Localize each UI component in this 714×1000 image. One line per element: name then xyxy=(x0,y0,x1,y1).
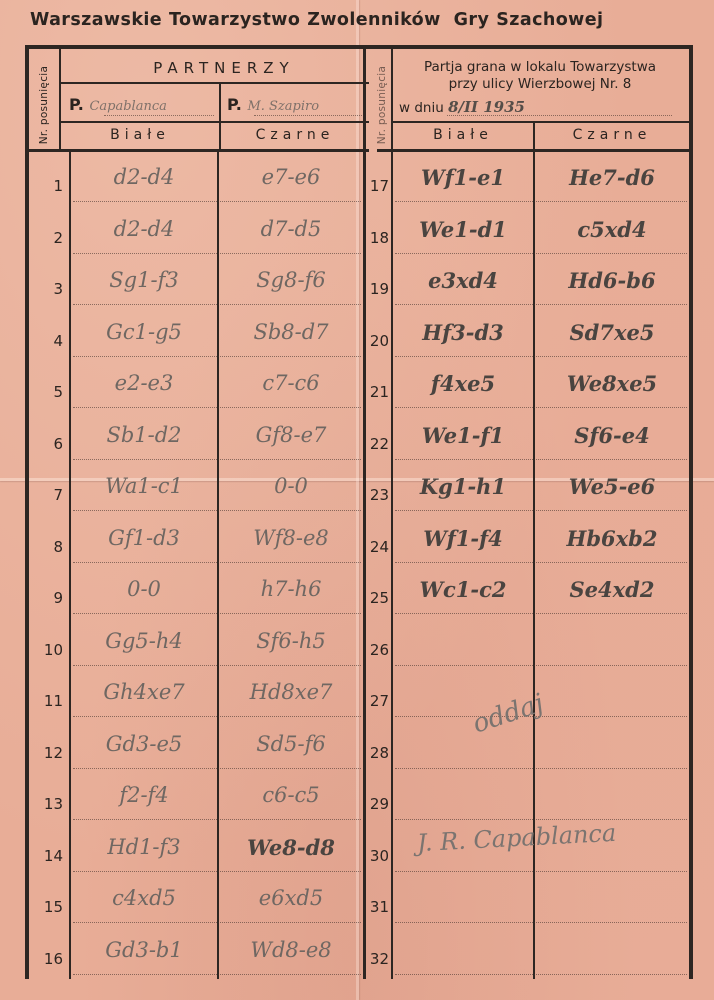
white-move: Wf1-f4 xyxy=(395,526,531,551)
move-number: 10 xyxy=(41,641,63,659)
move-number: 30 xyxy=(367,847,389,865)
black-move: Hd6-b6 xyxy=(537,268,687,293)
white-move: Gd3-b1 xyxy=(73,938,215,962)
white-move: Gc1-g5 xyxy=(73,320,215,344)
title-word: Zwolenników xyxy=(307,10,440,30)
black-column-header: Czarne xyxy=(221,127,369,143)
white-move: Sg1-f3 xyxy=(73,268,215,292)
divider xyxy=(59,82,369,84)
black-move: Se4xd2 xyxy=(537,577,687,602)
date-value: 8/II 1935 xyxy=(448,98,525,116)
white-move: e3xd4 xyxy=(395,268,531,293)
white-move: 0-0 xyxy=(73,577,215,601)
column-divider xyxy=(217,152,219,979)
divider xyxy=(29,149,369,152)
title-word: Towarzystwo xyxy=(169,10,300,30)
dotted-line xyxy=(73,253,361,254)
move-number: 29 xyxy=(367,795,389,813)
dotted-line xyxy=(395,562,687,563)
dotted-line xyxy=(395,613,687,614)
white-move: c4xd5 xyxy=(73,886,215,910)
move-number: 12 xyxy=(41,744,63,762)
move-number: 22 xyxy=(367,435,389,453)
move-number: 27 xyxy=(367,692,389,710)
move-number: 2 xyxy=(41,229,63,247)
black-move: Hd8xe7 xyxy=(221,680,361,704)
page-title: WarszawskieTowarzystwoZwolennikówGrySzac… xyxy=(30,10,610,30)
move-number-header: Nr. posunięcia xyxy=(371,57,393,152)
white-move: Gh4xe7 xyxy=(73,680,215,704)
move-number: 16 xyxy=(41,950,63,968)
black-player-name: M. Szapiro xyxy=(247,99,319,114)
black-move: d7-d5 xyxy=(221,217,361,241)
move-number: 9 xyxy=(41,589,63,607)
move-number: 6 xyxy=(41,435,63,453)
white-column-header: Białe xyxy=(393,127,533,143)
move-number: 13 xyxy=(41,795,63,813)
dotted-line xyxy=(395,201,687,202)
move-number: 14 xyxy=(41,847,63,865)
dotted-line xyxy=(395,253,687,254)
right-panel: Nr. posunięcia Partja grana w lokalu Tow… xyxy=(377,49,689,979)
dotted-line xyxy=(395,510,687,511)
white-move: Wa1-c1 xyxy=(73,474,215,498)
move-number: 18 xyxy=(367,229,389,247)
white-move: Hf3-d3 xyxy=(395,320,531,345)
white-move: d2-d4 xyxy=(73,165,215,189)
move-number: 7 xyxy=(41,486,63,504)
title-word: Gry xyxy=(454,10,490,30)
white-prefix: P. xyxy=(69,95,84,114)
dotted-line xyxy=(395,768,687,769)
move-number: 20 xyxy=(367,332,389,350)
move-number: 26 xyxy=(367,641,389,659)
black-move: Sd7xe5 xyxy=(537,320,687,345)
black-move: Gf8-e7 xyxy=(221,423,361,447)
dotted-line xyxy=(395,819,687,820)
divider xyxy=(391,121,689,123)
scoresheet-frame: Nr. posunięcia PARTNERZY P. Capablanca P… xyxy=(25,45,693,979)
move-number: 31 xyxy=(367,898,389,916)
dotted-line xyxy=(395,974,687,975)
black-move: c6-c5 xyxy=(221,783,361,807)
move-number: 25 xyxy=(367,589,389,607)
dotted-line xyxy=(73,974,361,975)
move-number: 23 xyxy=(367,486,389,504)
move-number: 24 xyxy=(367,538,389,556)
dotted-line xyxy=(395,459,687,460)
black-move: He7-d6 xyxy=(537,165,687,190)
dotted-line xyxy=(254,115,364,116)
white-move: Sb1-d2 xyxy=(73,423,215,447)
black-move: Sb8-d7 xyxy=(221,320,361,344)
dotted-line xyxy=(73,716,361,717)
white-player-name: Capablanca xyxy=(89,99,166,114)
black-move: We5-e6 xyxy=(537,474,687,499)
venue-line-1: Partja grana w lokalu Towarzystwa xyxy=(391,59,689,76)
white-column-header: Białe xyxy=(61,127,219,143)
move-number: 5 xyxy=(41,383,63,401)
black-move: Sf6-h5 xyxy=(221,629,361,653)
divider xyxy=(59,121,369,123)
dotted-line xyxy=(73,819,361,820)
dotted-line xyxy=(395,356,687,357)
dotted-line xyxy=(395,871,687,872)
dotted-line xyxy=(73,768,361,769)
white-move: f2-f4 xyxy=(73,783,215,807)
white-move: We1-d1 xyxy=(395,217,531,242)
partners-heading: PARTNERZY xyxy=(79,59,369,77)
dotted-line xyxy=(447,115,672,116)
black-move: Wf8-e8 xyxy=(221,526,361,550)
black-prefix: P. xyxy=(227,95,242,114)
result-scribble: oddaj xyxy=(469,689,547,740)
move-number: 32 xyxy=(367,950,389,968)
white-move: We1-f1 xyxy=(395,423,531,448)
white-move: Hd1-f3 xyxy=(73,835,215,859)
dotted-line xyxy=(73,510,361,511)
move-number: 11 xyxy=(41,692,63,710)
dotted-line xyxy=(73,356,361,357)
white-move: d2-d4 xyxy=(73,217,215,241)
black-move: 0-0 xyxy=(221,474,361,498)
white-move: Wf1-e1 xyxy=(395,165,531,190)
dotted-line xyxy=(73,201,361,202)
black-move: Wd8-e8 xyxy=(221,938,361,962)
move-number-divider xyxy=(391,49,393,979)
signature: J. R. Capablanca xyxy=(416,819,616,857)
white-move: Gf1-d3 xyxy=(73,526,215,550)
dotted-line xyxy=(73,304,361,305)
black-move: Hb6xb2 xyxy=(537,526,687,551)
move-number: 19 xyxy=(367,280,389,298)
dotted-line xyxy=(104,115,214,116)
dotted-line xyxy=(73,665,361,666)
move-number-label: Nr. posunięcia xyxy=(38,65,50,143)
move-number-label: Nr. posunięcia xyxy=(376,65,388,143)
move-number: 15 xyxy=(41,898,63,916)
move-number: 3 xyxy=(41,280,63,298)
white-player-field: P. Capablanca xyxy=(69,95,167,114)
move-number: 17 xyxy=(367,177,389,195)
white-move: Gd3-e5 xyxy=(73,732,215,756)
dotted-line xyxy=(395,304,687,305)
move-number: 4 xyxy=(41,332,63,350)
dotted-line xyxy=(73,407,361,408)
title-word: Warszawskie xyxy=(30,10,162,30)
black-player-field: P. M. Szapiro xyxy=(227,95,319,114)
black-move: Sd5-f6 xyxy=(221,732,361,756)
move-number: 8 xyxy=(41,538,63,556)
black-move: e6xd5 xyxy=(221,886,361,910)
dotted-line xyxy=(395,407,687,408)
black-column-header: Czarne xyxy=(535,127,689,143)
black-move: We8xe5 xyxy=(537,371,687,396)
move-number: 21 xyxy=(367,383,389,401)
white-move: Wc1-c2 xyxy=(395,577,531,602)
venue-line-2: przy ulicy Wierzbowej Nr. 8 xyxy=(391,76,689,93)
move-number-divider xyxy=(69,152,71,979)
move-number: 1 xyxy=(41,177,63,195)
white-move: e2-e3 xyxy=(73,371,215,395)
black-move: Sf6-e4 xyxy=(537,423,687,448)
title-word: Szachowej xyxy=(496,10,603,30)
white-move: f4xe5 xyxy=(395,371,531,396)
date-label: w dniu xyxy=(399,100,444,116)
black-move: Sg8-f6 xyxy=(221,268,361,292)
black-move: c5xd4 xyxy=(537,217,687,242)
dotted-line xyxy=(73,871,361,872)
dotted-line xyxy=(395,665,687,666)
dotted-line xyxy=(73,613,361,614)
dotted-line xyxy=(73,922,361,923)
white-move: Kg1-h1 xyxy=(395,474,531,499)
panel-divider xyxy=(363,49,366,979)
venue-text: Partja grana w lokalu Towarzystwa przy u… xyxy=(391,59,689,93)
black-move: We8-d8 xyxy=(221,835,361,860)
dotted-line xyxy=(73,459,361,460)
left-panel: Nr. posunięcia PARTNERZY P. Capablanca P… xyxy=(29,49,369,979)
white-move: Gg5-h4 xyxy=(73,629,215,653)
dotted-line xyxy=(73,562,361,563)
black-move: e7-e6 xyxy=(221,165,361,189)
move-number: 28 xyxy=(367,744,389,762)
move-number-header: Nr. posunięcia xyxy=(33,57,55,152)
black-move: c7-c6 xyxy=(221,371,361,395)
dotted-line xyxy=(395,922,687,923)
black-move: h7-h6 xyxy=(221,577,361,601)
